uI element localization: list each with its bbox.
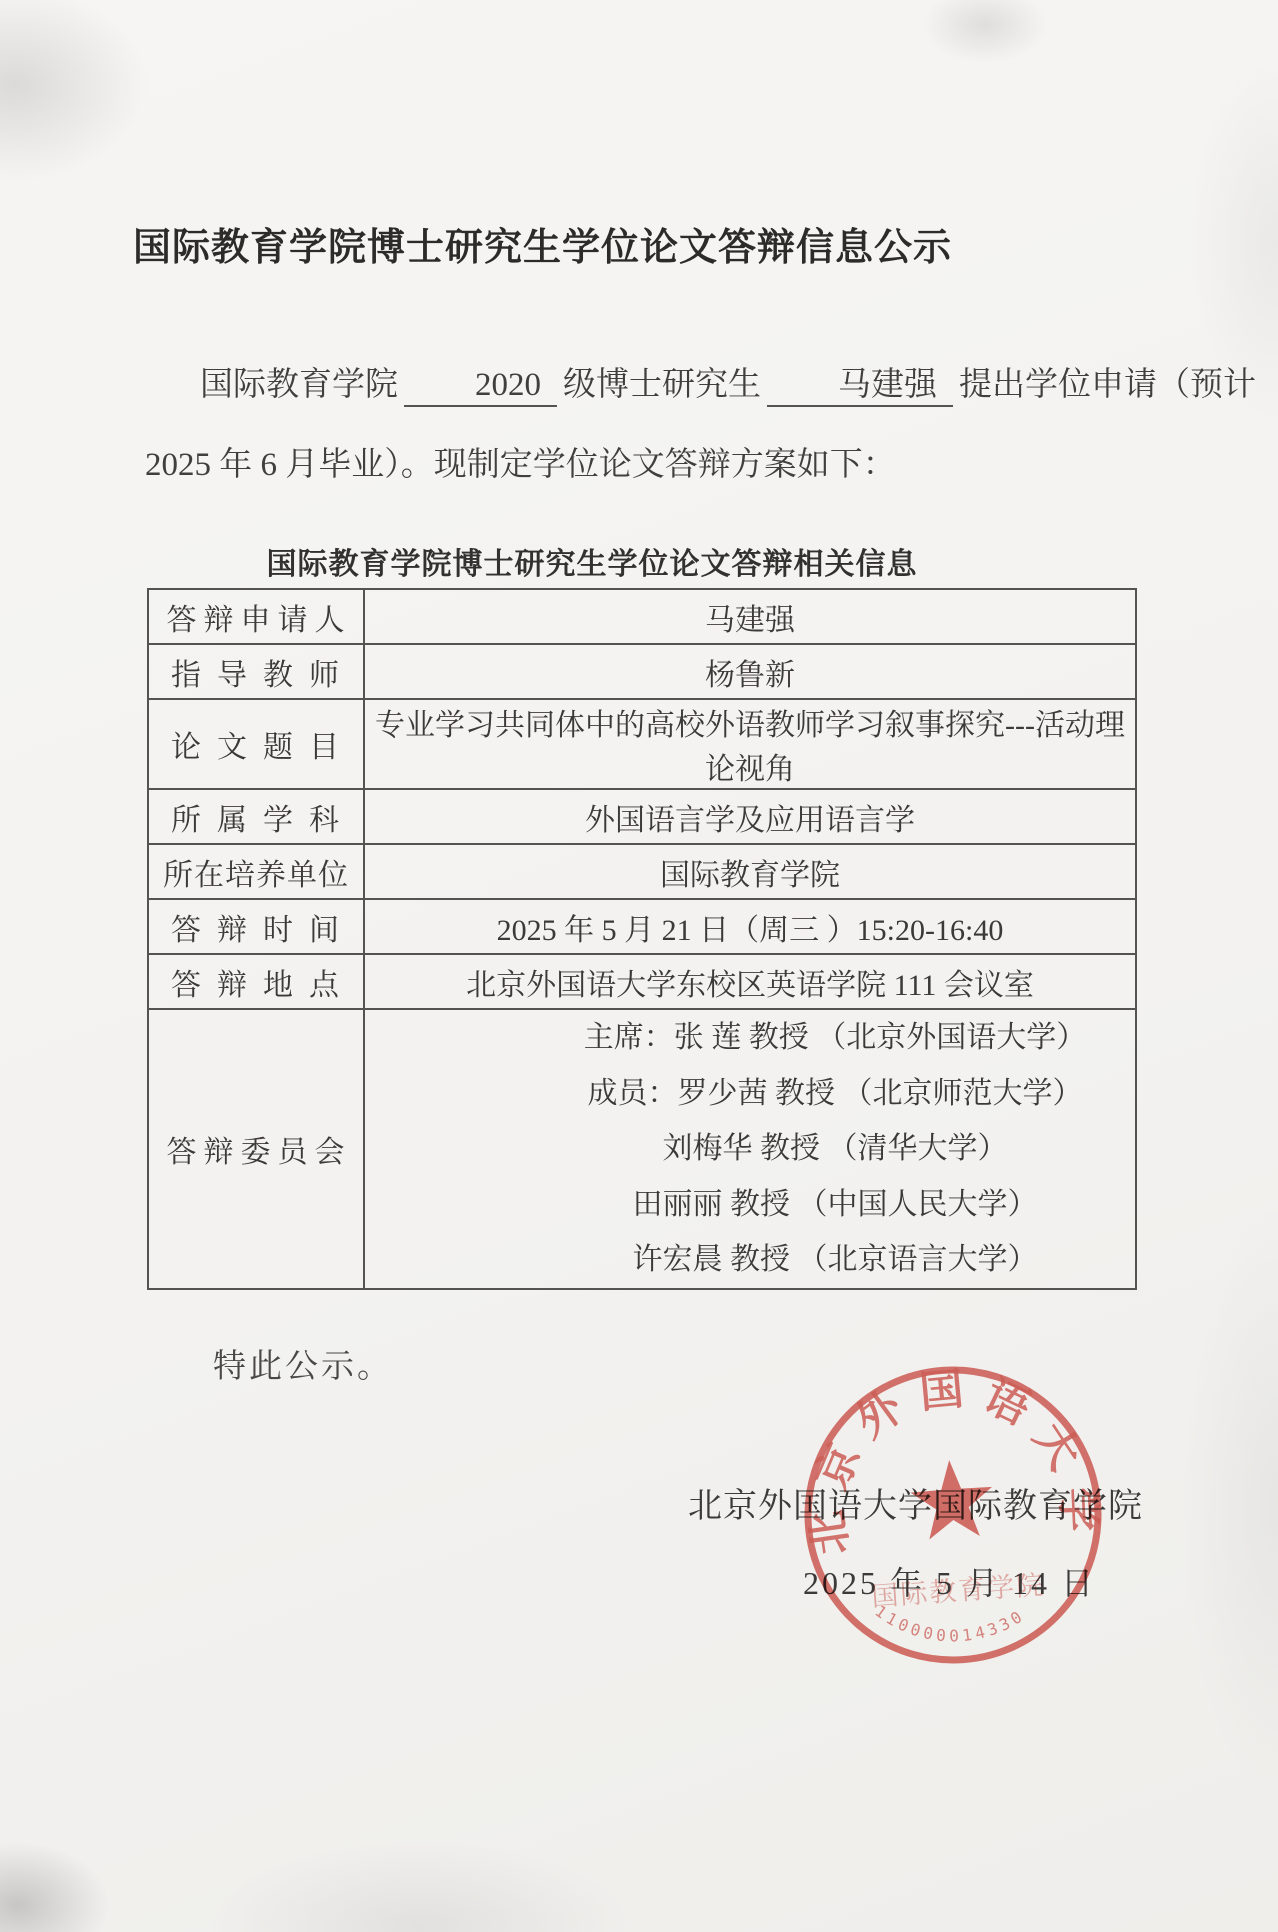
intro-line-2: 2025 年 6 月毕业）。现制定学位论文答辩方案如下：: [145, 425, 1130, 505]
table-row: 答辩委员会 主席：张 莲 教授 （北京外国语大学） 成员：罗少茜 教授 （北京师…: [148, 1009, 1136, 1289]
row-label-thesis-title: 论文题目: [148, 699, 364, 789]
row-value-discipline: 外国语言学及应用语言学: [364, 789, 1136, 844]
intro-part3: 提出学位申请（预计: [959, 367, 1256, 403]
scanned-document-page: 国际教育学院博士研究生学位论文答辩信息公示 国际教育学院2020级博士研究生马建…: [0, 0, 1278, 1932]
row-label-defense-venue: 答辩地点: [148, 954, 364, 1009]
table-row: 答辩申请人 马建强: [148, 589, 1136, 644]
defense-info-table: 答辩申请人 马建强 指导教师 杨鲁新 论文题目 专业学习共同体中的高校外语教师学…: [147, 588, 1137, 1290]
list-item: 田丽丽 教授 （中国人民大学）: [541, 1177, 1129, 1233]
row-value-defense-venue: 北京外国语大学东校区英语学院 111 会议室: [364, 954, 1136, 1009]
seal-arc-text: 北京外国语大学: [793, 1356, 1105, 1559]
row-label-committee: 答辩委员会: [148, 1009, 364, 1289]
row-label-discipline: 所属学科: [148, 789, 364, 844]
official-seal-stamp: 北京外国语大学 国际教育学院 110000014330: [782, 1344, 1124, 1686]
table-row: 答辩时间 2025 年 5 月 21 日（周三 ）15:20-16:40: [148, 899, 1136, 954]
row-label-applicant: 答辩申请人: [148, 589, 364, 644]
list-item: 刘梅华 教授 （清华大学）: [541, 1121, 1129, 1177]
row-label-defense-time: 答辩时间: [148, 899, 364, 954]
table-row: 指导教师 杨鲁新: [148, 644, 1136, 699]
table-row: 论文题目 专业学习共同体中的高校外语教师学习叙事探究---活动理论视角: [148, 699, 1136, 789]
seal-star-icon: [908, 1457, 995, 1540]
seal-inner-text: 国际教育学院: [870, 1570, 1046, 1612]
row-value-training-unit: 国际教育学院: [364, 844, 1136, 899]
table-row: 所属学科 外国语言学及应用语言学: [148, 789, 1136, 844]
closing-notice: 特此公示。: [213, 1340, 393, 1387]
applicant-name-field: 马建强: [767, 365, 953, 407]
intro-part2: 级博士研究生: [563, 367, 761, 403]
list-item: 成员：罗少茜 教授 （北京师范大学）: [541, 1066, 1129, 1122]
seal-graphic: 北京外国语大学 国际教育学院 110000014330: [782, 1344, 1124, 1686]
intro-paragraph: 国际教育学院2020级博士研究生马建强提出学位申请（预计 2025 年 6 月毕…: [145, 345, 1130, 505]
table-row: 所在培养单位 国际教育学院: [148, 844, 1136, 899]
row-value-committee: 主席：张 莲 教授 （北京外国语大学） 成员：罗少茜 教授 （北京师范大学） 刘…: [364, 1009, 1136, 1289]
table-row: 答辩地点 北京外国语大学东校区英语学院 111 会议室: [148, 954, 1136, 1009]
svg-text:北京外国语大学: 北京外国语大学: [793, 1356, 1105, 1559]
page-title: 国际教育学院博士研究生学位论文答辩信息公示: [0, 216, 1085, 271]
intro-line-1: 国际教育学院2020级博士研究生马建强提出学位申请（预计: [145, 345, 1130, 425]
table-title: 国际教育学院博士研究生学位论文答辩相关信息: [0, 539, 1184, 583]
row-value-supervisor: 杨鲁新: [364, 644, 1136, 699]
cohort-field: 2020: [404, 365, 557, 407]
row-label-training-unit: 所在培养单位: [148, 844, 364, 899]
committee-member-list: 主席：张 莲 教授 （北京外国语大学） 成员：罗少茜 教授 （北京师范大学） 刘…: [541, 1010, 1129, 1288]
intro-part1: 国际教育学院: [200, 367, 398, 403]
list-item: 主席：张 莲 教授 （北京外国语大学）: [541, 1010, 1129, 1066]
row-label-supervisor: 指导教师: [148, 644, 364, 699]
row-value-applicant: 马建强: [364, 589, 1136, 644]
row-value-thesis-title: 专业学习共同体中的高校外语教师学习叙事探究---活动理论视角: [364, 699, 1136, 789]
row-value-defense-time: 2025 年 5 月 21 日（周三 ）15:20-16:40: [364, 899, 1136, 954]
list-item: 许宏晨 教授 （北京语言大学）: [541, 1232, 1129, 1288]
